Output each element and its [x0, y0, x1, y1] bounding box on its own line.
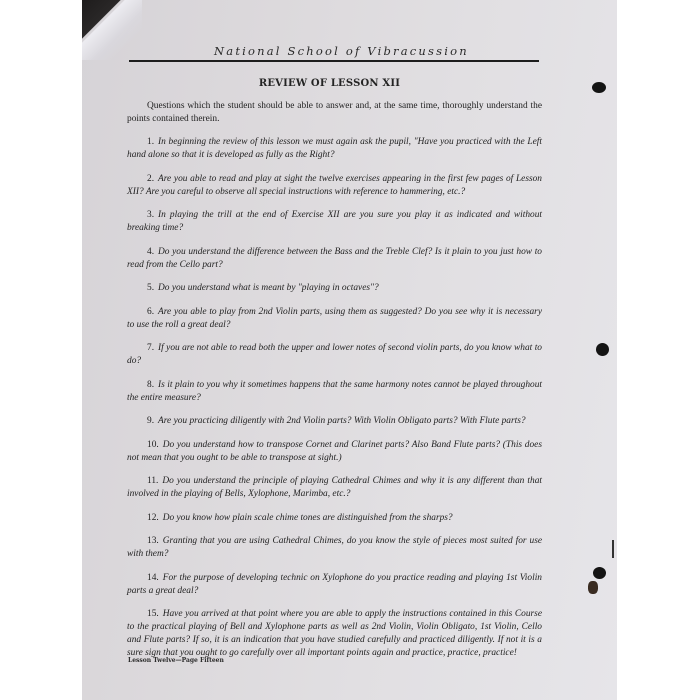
ink-mark: [612, 540, 614, 558]
question-item: 5.Do you understand what is meant by "pl…: [127, 282, 542, 295]
question-item: 13.Granting that you are using Cathedral…: [127, 535, 542, 561]
question-text: For the purpose of developing technic on…: [127, 573, 542, 596]
question-text: Are you able to read and play at sight t…: [127, 174, 542, 197]
question-number: 1.: [147, 137, 154, 147]
question-text: Is it plain to you why it sometimes happ…: [127, 380, 542, 403]
question-item: 8.Is it plain to you why it sometimes ha…: [127, 379, 542, 405]
punch-hole-icon: [596, 343, 609, 356]
question-item: 15.Have you arrived at that point where …: [127, 608, 542, 660]
question-number: 15.: [147, 609, 159, 619]
question-number: 14.: [147, 573, 159, 583]
question-number: 12.: [147, 513, 159, 523]
question-item: 3.In playing the trill at the end of Exe…: [127, 209, 542, 235]
question-text: Do you understand the principle of playi…: [127, 476, 542, 499]
question-text: In playing the trill at the end of Exerc…: [127, 210, 542, 233]
question-text: Do you understand the difference between…: [127, 247, 542, 270]
question-number: 3.: [147, 210, 154, 220]
question-text: Do you understand how to transpose Corne…: [127, 440, 542, 463]
question-list: 1.In beginning the review of this lesson…: [127, 136, 542, 660]
intro-paragraph: Questions which the student should be ab…: [127, 100, 542, 126]
question-number: 5.: [147, 283, 154, 293]
question-item: 12.Do you know how plain scale chime ton…: [127, 512, 542, 525]
review-content: Questions which the student should be ab…: [127, 100, 542, 671]
question-number: 6.: [147, 307, 154, 317]
question-text: Do you understand what is meant by "play…: [158, 283, 379, 293]
question-item: 4.Do you understand the difference betwe…: [127, 246, 542, 272]
torn-hole-icon: [588, 581, 598, 594]
page-footer: Lesson Twelve—Page Fifteen: [128, 657, 224, 664]
question-number: 4.: [147, 247, 154, 257]
question-item: 1.In beginning the review of this lesson…: [127, 136, 542, 162]
question-item: 10.Do you understand how to transpose Co…: [127, 439, 542, 465]
question-text: If you are not able to read both the upp…: [127, 343, 542, 366]
question-text: Have you arrived at that point where you…: [127, 609, 542, 658]
question-number: 13.: [147, 536, 159, 546]
school-header: National School of Vibracussion: [214, 44, 469, 58]
question-text: In beginning the review of this lesson w…: [127, 137, 542, 160]
question-item: 7.If you are not able to read both the u…: [127, 342, 542, 368]
question-item: 14.For the purpose of developing technic…: [127, 572, 542, 598]
question-item: 9.Are you practicing diligently with 2nd…: [127, 415, 542, 428]
question-text: Are you able to play from 2nd Violin par…: [127, 307, 542, 330]
document-page: National School of Vibracussion REVIEW O…: [82, 0, 617, 700]
question-number: 2.: [147, 174, 154, 184]
folded-corner: [82, 0, 142, 60]
question-item: 11.Do you understand the principle of pl…: [127, 475, 542, 501]
lesson-title: REVIEW OF LESSON XII: [82, 78, 617, 89]
question-item: 2.Are you able to read and play at sight…: [127, 173, 542, 199]
question-number: 7.: [147, 343, 154, 353]
question-number: 8.: [147, 380, 154, 390]
question-text: Do you know how plain scale chime tones …: [163, 513, 453, 523]
punch-hole-icon: [592, 82, 606, 93]
question-text: Granting that you are using Cathedral Ch…: [127, 536, 542, 559]
question-number: 11.: [147, 476, 158, 486]
question-item: 6.Are you able to play from 2nd Violin p…: [127, 306, 542, 332]
header-rule: [129, 60, 539, 62]
question-number: 9.: [147, 416, 154, 426]
question-number: 10.: [147, 440, 159, 450]
question-text: Are you practicing diligently with 2nd V…: [158, 416, 526, 426]
punch-hole-icon: [593, 567, 606, 579]
